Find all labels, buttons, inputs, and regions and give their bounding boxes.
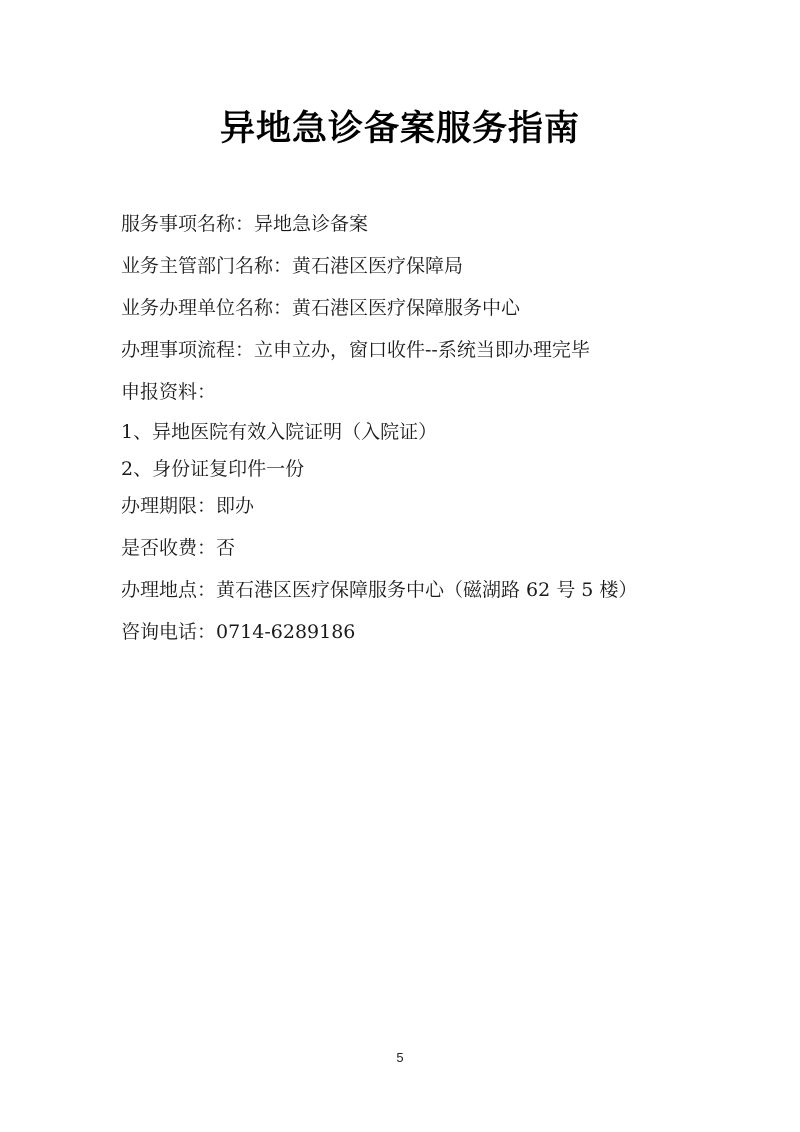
document-title: 异地急诊备案服务指南	[0, 104, 800, 154]
fee-info: 是否收费：否	[121, 534, 235, 562]
required-materials-heading: 申报资料：	[121, 378, 216, 406]
processing-time-limit: 办理期限：即办	[121, 492, 254, 520]
required-material-2: 2、身份证复印件一份	[121, 455, 304, 483]
process-flow: 办理事项流程：立申立办，窗口收件--系统当即办理完毕	[121, 336, 590, 364]
required-material-1: 1、异地医院有效入院证明（入院证）	[121, 418, 437, 446]
service-item-name: 服务事项名称：异地急诊备案	[121, 210, 368, 238]
consultation-phone: 咨询电话：0714-6289186	[121, 618, 355, 646]
document-page: 异地急诊备案服务指南 服务事项名称：异地急诊备案 业务主管部门名称：黄石港区医疗…	[0, 0, 800, 1132]
handling-location: 办理地点：黄石港区医疗保障服务中心（磁湖路 62 号 5 楼）	[121, 576, 637, 604]
supervising-department: 业务主管部门名称：黄石港区医疗保障局	[121, 252, 463, 280]
page-number: 5	[0, 1050, 800, 1065]
handling-unit: 业务办理单位名称：黄石港区医疗保障服务中心	[121, 294, 520, 322]
